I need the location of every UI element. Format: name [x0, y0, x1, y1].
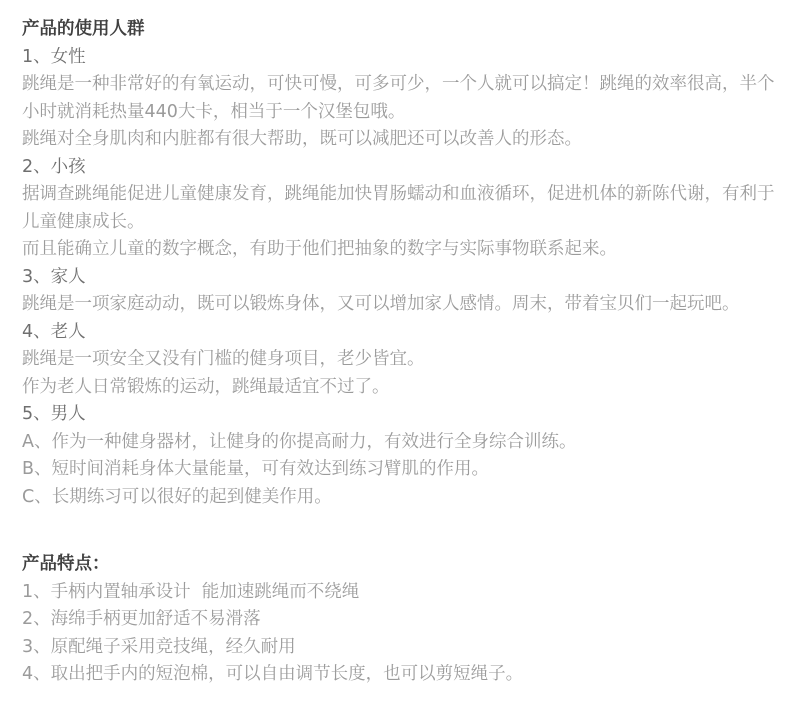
audience-item-women-label: 1、女性: [22, 44, 790, 72]
audience-men-point-a: A、作为一种健身器材，让健身的你提高耐力，有效进行全身综合训练。: [22, 429, 790, 457]
audience-women-paragraph-2: 跳绳对全身肌肉和内脏都有很大帮助，既可以减肥还可以改善人的形态。: [22, 126, 790, 154]
audience-item-family-label: 3、家人: [22, 264, 790, 292]
audience-women-paragraph-1: 跳绳是一种非常好的有氧运动，可快可慢，可多可少，一个人就可以搞定！跳绳的效率很高…: [22, 71, 790, 126]
audience-elderly-paragraph-2: 作为老人日常锻炼的运动，跳绳最适宜不过了。: [22, 374, 790, 402]
feature-competition-rope: 3、原配绳子采用竞技绳，经久耐用: [22, 634, 790, 662]
audience-children-paragraph-1: 据调查跳绳能促进儿童健康发育，跳绳能加快胃肠蠕动和血液循环，促进机体的新陈代谢，…: [22, 181, 790, 236]
audience-children-paragraph-2: 而且能确立儿童的数字概念，有助于他们把抽象的数字与实际事物联系起来。: [22, 236, 790, 264]
audience-item-men-label: 5、男人: [22, 401, 790, 429]
audience-elderly-paragraph-1: 跳绳是一项安全又没有门槛的健身项目，老少皆宜。: [22, 346, 790, 374]
product-description-document: 产品的使用人群 1、女性 跳绳是一种非常好的有氧运动，可快可慢，可多可少，一个人…: [0, 0, 790, 709]
section-audience: 产品的使用人群 1、女性 跳绳是一种非常好的有氧运动，可快可慢，可多可少，一个人…: [22, 16, 790, 511]
audience-item-children-label: 2、小孩: [22, 154, 790, 182]
features-section-heading: 产品特点：: [22, 551, 790, 579]
feature-bearing-handle: 1、手柄内置轴承设计 能加速跳绳而不绕绳: [22, 579, 790, 607]
audience-item-elderly-label: 4、老人: [22, 319, 790, 347]
feature-adjustable-length: 4、取出把手内的短泡棉，可以自由调节长度，也可以剪短绳子。: [22, 661, 790, 689]
section-features: 产品特点： 1、手柄内置轴承设计 能加速跳绳而不绕绳 2、海绵手柄更加舒适不易滑…: [22, 551, 790, 689]
feature-sponge-handle: 2、海绵手柄更加舒适不易滑落: [22, 606, 790, 634]
audience-section-heading: 产品的使用人群: [22, 16, 790, 44]
audience-men-point-c: C、长期练习可以很好的起到健美作用。: [22, 484, 790, 512]
audience-men-point-b: B、短时间消耗身体大量能量，可有效达到练习臂肌的作用。: [22, 456, 790, 484]
audience-family-paragraph-1: 跳绳是一项家庭动动，既可以锻炼身体，又可以增加家人感情。周末，带着宝贝们一起玩吧…: [22, 291, 790, 319]
